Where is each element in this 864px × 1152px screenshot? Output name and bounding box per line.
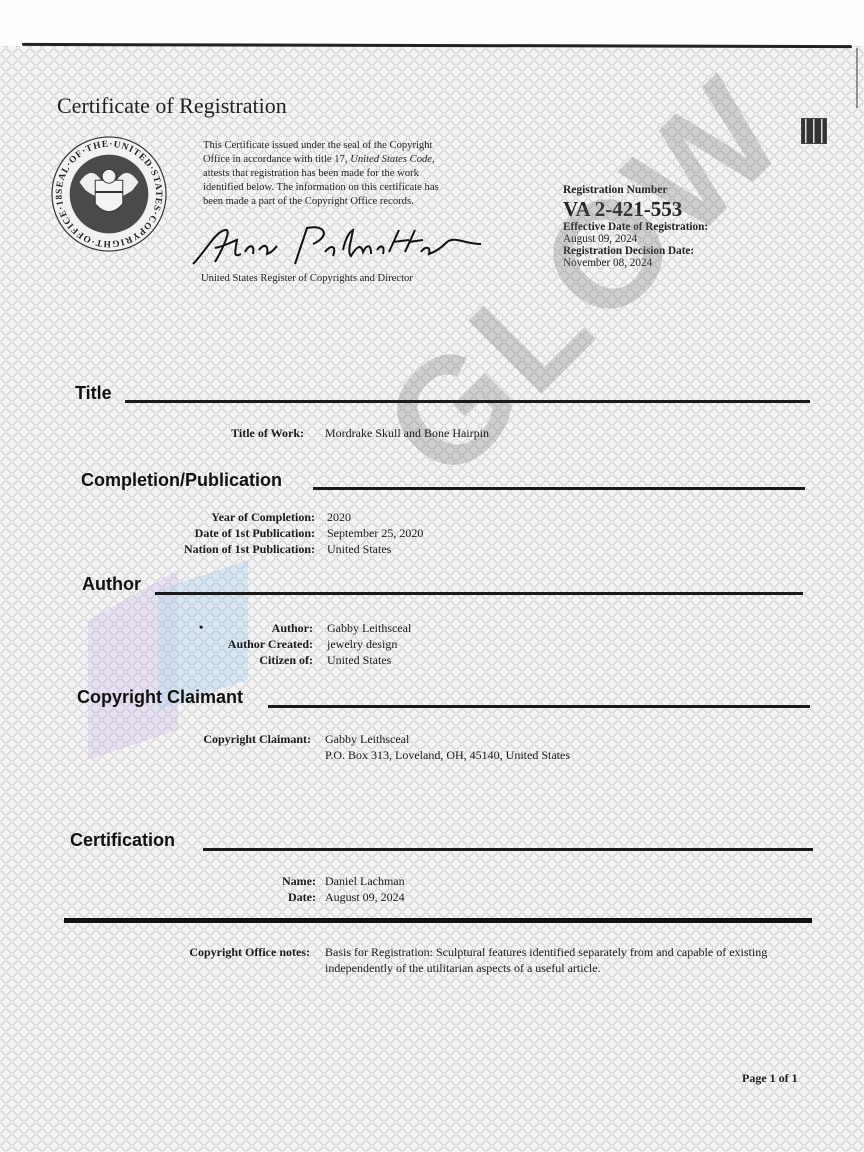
title-of-work-value: Mordrake Skull and Bone Hairpin xyxy=(325,425,489,441)
section-rule xyxy=(268,705,810,708)
author-label: Author: xyxy=(272,620,313,636)
register-signature xyxy=(185,222,485,272)
certificate-page: Certificate of Registration SEAL·OF·THE·… xyxy=(0,0,864,1152)
certification-name-label: Name: xyxy=(282,873,316,889)
copyright-claimant-address: P.O. Box 313, Loveland, OH, 45140, Unite… xyxy=(325,747,570,763)
certificate-title: Certificate of Registration xyxy=(57,93,287,119)
author-created-label: Author Created: xyxy=(228,636,313,652)
author-created-value: jewelry design xyxy=(327,636,397,652)
page-number: Page 1 of 1 xyxy=(742,1071,798,1086)
year-of-completion-label: Year of Completion: xyxy=(211,509,315,525)
section-heading-title: Title xyxy=(75,383,112,404)
section-heading-completion: Completion/Publication xyxy=(81,470,282,491)
registration-info: Registration Number VA 2-421-553 Effecti… xyxy=(563,184,708,269)
top-margin xyxy=(0,0,864,46)
section-rule xyxy=(203,848,813,851)
citizen-of-label: Citizen of: xyxy=(259,652,313,668)
year-of-completion-value: 2020 xyxy=(327,509,351,525)
author-value: Gabby Leithsceal xyxy=(327,620,411,636)
notes-divider xyxy=(64,918,812,923)
copyright-office-seal-icon: SEAL·OF·THE·UNITED·STATES·COPYRIGHT·OFFI… xyxy=(50,135,168,253)
section-heading-certification: Certification xyxy=(70,830,175,851)
copyright-claimant-name: Gabby Leithsceal xyxy=(325,731,409,747)
section-rule xyxy=(155,592,803,595)
date-first-publication-value: September 25, 2020 xyxy=(327,525,423,541)
nation-first-publication-value: United States xyxy=(327,541,391,557)
certification-date-label: Date: xyxy=(288,889,316,905)
effective-date: August 09, 2024 xyxy=(563,233,708,245)
date-first-publication-label: Date of 1st Publication: xyxy=(195,525,315,541)
section-heading-claimant: Copyright Claimant xyxy=(77,687,243,708)
author-bullet: • xyxy=(199,619,203,635)
nation-first-publication-label: Nation of 1st Publication: xyxy=(184,541,315,557)
section-rule xyxy=(313,487,805,490)
citizen-of-value: United States xyxy=(327,652,391,668)
certification-date-value: August 09, 2024 xyxy=(325,889,405,905)
registration-number-label: Registration Number xyxy=(563,184,708,196)
office-notes-label: Copyright Office notes: xyxy=(189,944,310,960)
page-edge xyxy=(856,48,858,108)
office-notes-value: Basis for Registration: Sculptural featu… xyxy=(325,944,805,976)
certification-name-value: Daniel Lachman xyxy=(325,873,405,889)
decision-date: November 08, 2024 xyxy=(563,257,708,269)
copyright-claimant-label: Copyright Claimant: xyxy=(203,731,311,747)
certificate-intro: This Certificate issued under the seal o… xyxy=(203,139,523,209)
section-rule xyxy=(125,400,810,403)
watermark-text: GLOW xyxy=(350,43,819,512)
signer-title: United States Register of Copyrights and… xyxy=(201,273,413,284)
title-of-work-label: Title of Work: xyxy=(231,425,304,441)
decision-date-label: Registration Decision Date: xyxy=(563,245,708,257)
qr-code-icon xyxy=(802,119,826,143)
registration-number: VA 2-421-553 xyxy=(563,197,708,221)
section-heading-author: Author xyxy=(82,574,141,595)
effective-date-label: Effective Date of Registration: xyxy=(563,221,708,233)
